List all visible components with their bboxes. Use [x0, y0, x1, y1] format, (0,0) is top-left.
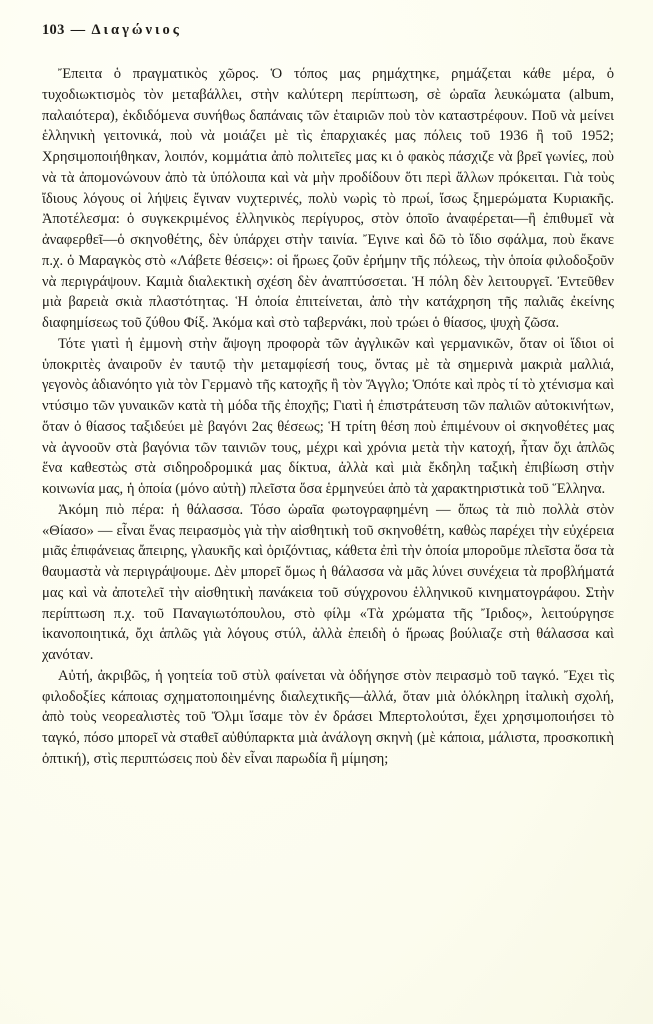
book-page: 103—Διαγώνιος Ἔπειτα ὁ πραγματικὸς χῶρος…	[0, 0, 653, 1024]
paragraph-4: Αὐτή, ἀκριβῶς, ἡ γοητεία τοῦ στὺλ φαίνετ…	[42, 666, 614, 770]
body-text: Ἔπειτα ὁ πραγματικὸς χῶρος. Ὁ τόπος μας …	[42, 64, 614, 770]
running-title: Διαγώνιος	[91, 22, 181, 38]
running-head: 103—Διαγώνιος	[42, 22, 182, 39]
paragraph-2: Τότε γιατὶ ἡ ἐμμονὴ στὴν ἄψογη προφορὰ τ…	[42, 334, 614, 500]
header-separator: —	[71, 22, 86, 38]
paragraph-1: Ἔπειτα ὁ πραγματικὸς χῶρος. Ὁ τόπος μας …	[42, 64, 614, 334]
page-number: 103	[42, 22, 65, 38]
paragraph-3: Ἀκόμη πιὸ πέρα: ἡ θάλασσα. Τόσο ὡραῖα φω…	[42, 500, 614, 666]
